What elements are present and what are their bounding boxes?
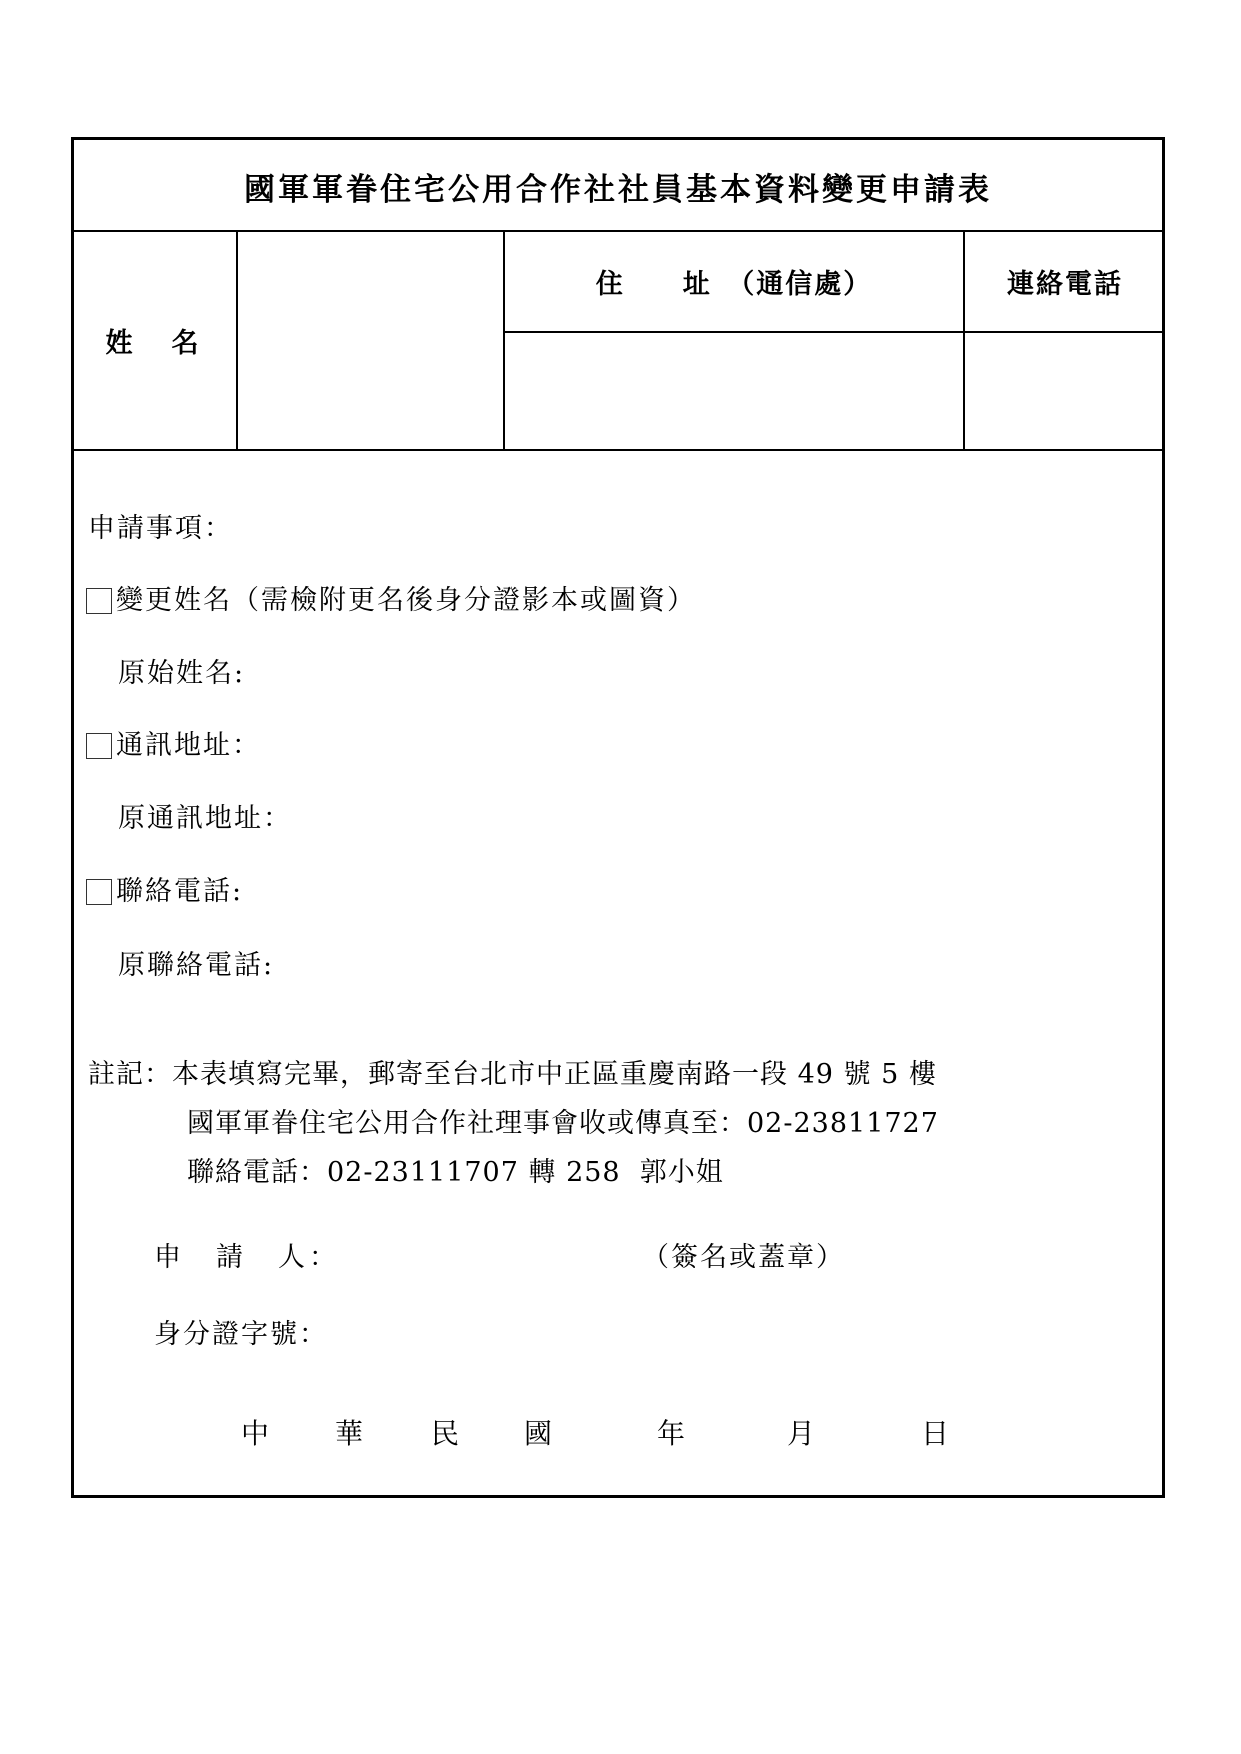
date-glyph: 國 [524, 1412, 552, 1452]
phone-label: 連絡電話 [965, 232, 1165, 331]
applicant-label: 申 請 人： [154, 1241, 340, 1275]
applicant-signature-field[interactable] [334, 1238, 664, 1278]
date-glyph: 中 [241, 1412, 269, 1452]
change-phone-option[interactable]: 聯絡電話: [86, 875, 986, 909]
date-row: 中 華 民 國 年 月 日 [74, 1412, 1162, 1452]
change-address-option[interactable]: 通訊地址： [86, 729, 986, 763]
checkbox[interactable] [86, 588, 112, 614]
name-field[interactable] [238, 232, 503, 449]
option-label: 通訊地址： [116, 729, 261, 763]
original-address-label: 原通訊地址： [118, 802, 292, 836]
note-line-3: 聯絡電話：02-23111707 轉 258 郭小姐 [187, 1156, 724, 1190]
original-name-label: 原始姓名: [118, 657, 245, 691]
table-bottom-divider [74, 449, 1162, 451]
form-frame: 國軍軍眷住宅公用合作社社員基本資料變更申請表 姓 名 住 址 （通信處） 連絡電… [71, 137, 1165, 1498]
date-glyph: 年 [657, 1412, 685, 1452]
form-title: 國軍軍眷住宅公用合作社社員基本資料變更申請表 [74, 140, 1162, 232]
checkbox[interactable] [86, 879, 112, 905]
date-glyph: 日 [921, 1412, 949, 1452]
original-phone-label: 原聯絡電話: [118, 949, 274, 983]
id-number-label: 身分證字號： [154, 1318, 328, 1352]
name-label: 姓 名 [74, 232, 236, 449]
id-number-field[interactable] [334, 1315, 834, 1355]
option-label: 變更姓名（需檢附更名後身分證影本或圖資） [116, 584, 696, 618]
option-label: 聯絡電話: [116, 875, 243, 909]
address-field[interactable] [505, 333, 963, 449]
note-line-2: 國軍軍眷住宅公用合作社理事會收或傳真至：02-23811727 [187, 1107, 939, 1141]
address-label: 住 址 （通信處） [505, 232, 963, 331]
date-glyph: 華 [335, 1412, 363, 1452]
change-name-option[interactable]: 變更姓名（需檢附更名後身分證影本或圖資） [86, 584, 986, 618]
date-glyph: 月 [787, 1412, 815, 1452]
phone-field[interactable] [965, 333, 1165, 449]
note-line-1: 註記：本表填寫完畢，郵寄至台北市中正區重慶南路一段 49 號 5 樓 [88, 1058, 937, 1092]
date-glyph: 民 [431, 1412, 459, 1452]
sign-or-seal-hint: （簽名或蓋章） [642, 1241, 845, 1275]
checkbox[interactable] [86, 733, 112, 759]
request-heading: 申請事項： [88, 512, 233, 546]
